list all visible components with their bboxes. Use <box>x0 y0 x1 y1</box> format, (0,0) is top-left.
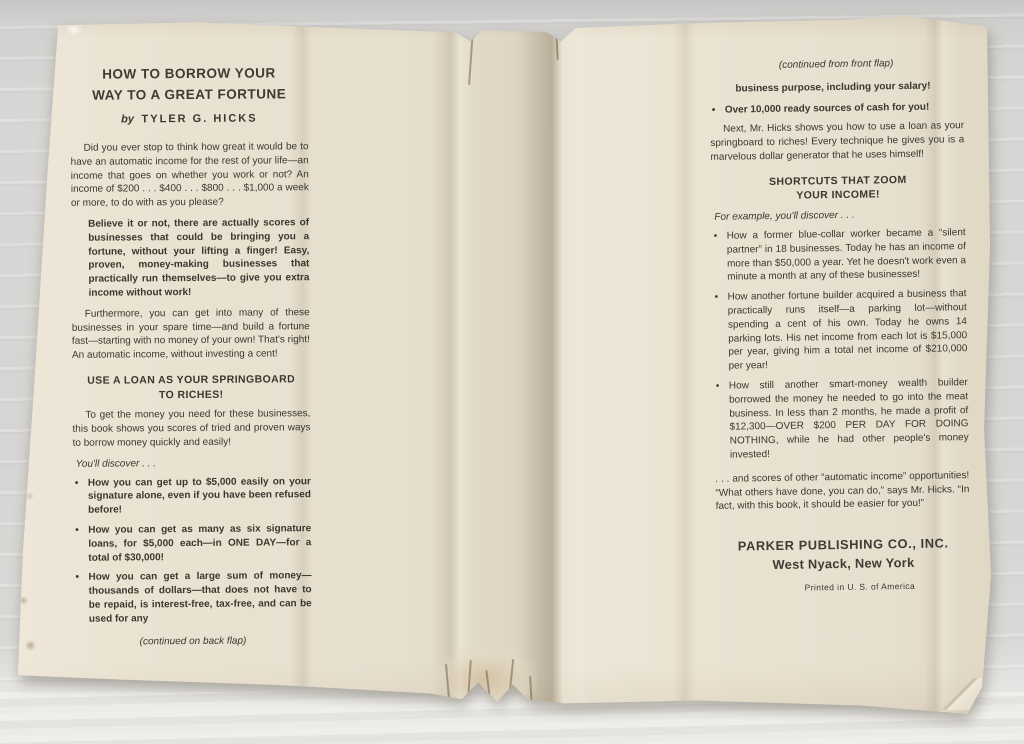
bullet-parking-lots: • How another fortune builder acquired a… <box>712 287 967 374</box>
publisher-city: West Nyack, New York <box>772 555 914 572</box>
bullet-dot: • <box>73 476 88 517</box>
paragraph-loan: To get the money you need for these busi… <box>72 408 310 451</box>
bullet-dot: • <box>73 524 88 565</box>
book-title: HOW TO BORROW YOUR WAY TO A GREAT FORTUN… <box>70 63 308 107</box>
byline-by: by <box>121 113 134 125</box>
bullet-dot: • <box>710 103 725 117</box>
bullet-signature-loan: • How you can get up to $5,000 easily on… <box>73 475 311 518</box>
bullet-dot: • <box>712 230 728 285</box>
photo-of-open-dust-jacket: HOW TO BORROW YOUR WAY TO A GREAT FORTUN… <box>0 0 1024 744</box>
bullet-cash-sources: • Over 10,000 ready sources of cash for … <box>710 100 964 118</box>
bullet-dot: • <box>714 380 730 463</box>
example-lead: For example, you'll discover . . . <box>714 207 965 225</box>
continued-on-back-flap-note: (continued on back flap) <box>74 634 312 649</box>
foxing-spot <box>25 640 36 651</box>
heading-shortcuts: SHORTCUTS THAT ZOOM YOUR INCOME! <box>711 172 965 205</box>
book-title-line1: HOW TO BORROW YOUR <box>102 65 276 81</box>
dust-jacket-paper: HOW TO BORROW YOUR WAY TO A GREAT FORTUN… <box>10 14 992 716</box>
discover-lead: You'll discover . . . <box>76 456 311 471</box>
paragraph-next: Next, Mr. Hicks shows you how to use a l… <box>710 120 965 165</box>
foxing-spot <box>19 596 28 605</box>
heading-loan-springboard: USE A LOAN AS YOUR SPRINGBOARD TO RICHES… <box>72 372 310 403</box>
publisher-block: PARKER PUBLISHING CO., INC. West Nyack, … <box>716 534 971 575</box>
foxing-spot <box>32 312 39 319</box>
paragraph-closing: . . . and scores of other “automatic inc… <box>715 469 970 514</box>
publisher-name: PARKER PUBLISHING CO., INC. <box>738 536 949 554</box>
front-flap: HOW TO BORROW YOUR WAY TO A GREAT FORTUN… <box>70 63 312 649</box>
bullet-large-sum: • How you can get a large sum of money—t… <box>73 569 311 626</box>
author-name: TYLER G. HICKS <box>141 112 257 125</box>
bullet-silent-partner: • How a former blue-collar worker became… <box>712 226 967 285</box>
paragraph-furthermore: Furthermore, you can get into many of th… <box>72 306 310 363</box>
paper-chip <box>66 24 82 35</box>
bullet-six-loans: • How you can get as many as six signatu… <box>73 522 311 565</box>
book-title-line2: WAY TO A GREAT FORTUNE <box>92 86 286 102</box>
bullet-meat-business: • How still another smart-money wealth b… <box>714 376 969 463</box>
paragraph-carryover: business purpose, including your salary! <box>735 79 963 96</box>
bullet-dot: • <box>73 571 88 626</box>
paragraph-believe: Believe it or not, there are actually sc… <box>88 216 310 300</box>
foxing-spot <box>26 492 34 500</box>
continued-from-front-flap-note: (continued from front flap) <box>709 56 963 74</box>
back-flap: (continued from front flap) business pur… <box>709 56 971 596</box>
bullet-dot: • <box>712 291 728 374</box>
paragraph-intro: Did you ever stop to think how great it … <box>71 140 309 211</box>
byline: by TYLER G. HICKS <box>70 111 308 128</box>
